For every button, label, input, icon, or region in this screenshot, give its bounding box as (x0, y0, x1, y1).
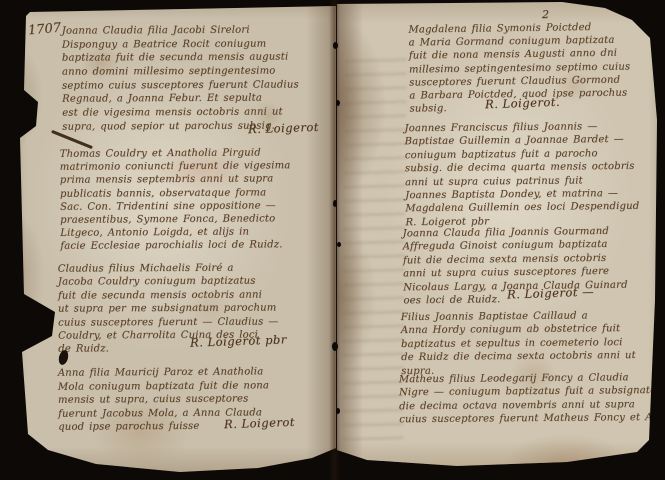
manuscript-line: Magdalena Guillemin oes loci Despendigud (405, 200, 639, 216)
left-page: 1707 Joanna Claudia filia Jacobi Sirelor… (0, 0, 336, 480)
manuscript-line: est die vigesima mensis octobris anni ut (62, 106, 299, 121)
manuscript-line: cuius susceptores fuerunt — Claudius — (58, 315, 279, 330)
baptism-entry: Matheus filius Leodegarij Foncy a Claudi… (399, 371, 665, 427)
show-through-text (341, 55, 406, 446)
wormhole (333, 42, 338, 49)
wormhole (336, 100, 340, 106)
manuscript-line: Anna filia Mauricij Paroz et Anatholia (58, 365, 269, 380)
baptism-entry: Joanna Claudia filia Jacobi Sirelori Dis… (62, 23, 299, 134)
manuscript-line: septimo cuius susceptores fuerunt Claudi… (62, 78, 299, 93)
manuscript-line: fuit die secunda mensis octobris anni (58, 288, 279, 303)
baptism-entry: Joannes Franciscus filius Joannis — Bapt… (404, 120, 639, 230)
margin-year: 1707 (27, 21, 61, 39)
manuscript-line: baptizata fuit die secunda mensis august… (62, 51, 299, 66)
manuscript-line: Jacoba Couldry coniugum baptizatus (58, 275, 279, 290)
page-number: 2 (542, 8, 549, 21)
wormhole (332, 342, 338, 351)
manuscript-line: Disponguy a Beatrice Rocit coniugum (62, 37, 299, 52)
manuscript-line: subsig. die decima quarta mensis octobri… (405, 160, 639, 176)
manuscript-line: Joanna Claudia filia Jacobi Sirelori (62, 23, 299, 38)
manuscript-line: praesentibus, Symone Fonca, Benedicto (60, 212, 291, 227)
priest-signature: R. Loigerot. (485, 95, 561, 112)
manuscript-line: de Ruidz die decima sexta octobris anni … (401, 349, 636, 364)
manuscript-line: mensis ut supra, cuius susceptores (58, 392, 269, 407)
priest-signature: R. Loigerot (224, 415, 295, 431)
burial-entry: Filius Joannis Baptistae Caillaud a Anna… (401, 309, 636, 378)
manuscript-line: facie Ecclesiae parochialis loci de Ruid… (60, 239, 291, 254)
manuscript-photo: 1707 Joanna Claudia filia Jacobi Sirelor… (0, 0, 665, 480)
wormhole (337, 242, 341, 247)
manuscript-line: Baptistae Guillemin a Joannae Bardet — (405, 133, 639, 149)
manuscript-line: cuius susceptores fuerunt Matheus Foncy … (399, 411, 665, 427)
manuscript-line: Regnaud, a Joanna Febur. Et sepulta (62, 92, 299, 107)
manuscript-line: anno domini millesimo septingentesimo (62, 64, 299, 79)
priest-signature: R. Loigerot (248, 120, 319, 136)
wormhole (333, 200, 337, 207)
right-page: 2 Magdalena filia Symonis Poictded a Mar… (337, 0, 665, 480)
manuscript-line: Claudius filius Michaelis Foiré a (58, 261, 279, 276)
wormhole (336, 408, 340, 414)
page-stain (150, 148, 250, 192)
manuscript-line: ut supra per me subsignatum parochum (58, 302, 279, 317)
manuscript-line: Mola coniugum baptizata fuit die nona (58, 379, 269, 394)
